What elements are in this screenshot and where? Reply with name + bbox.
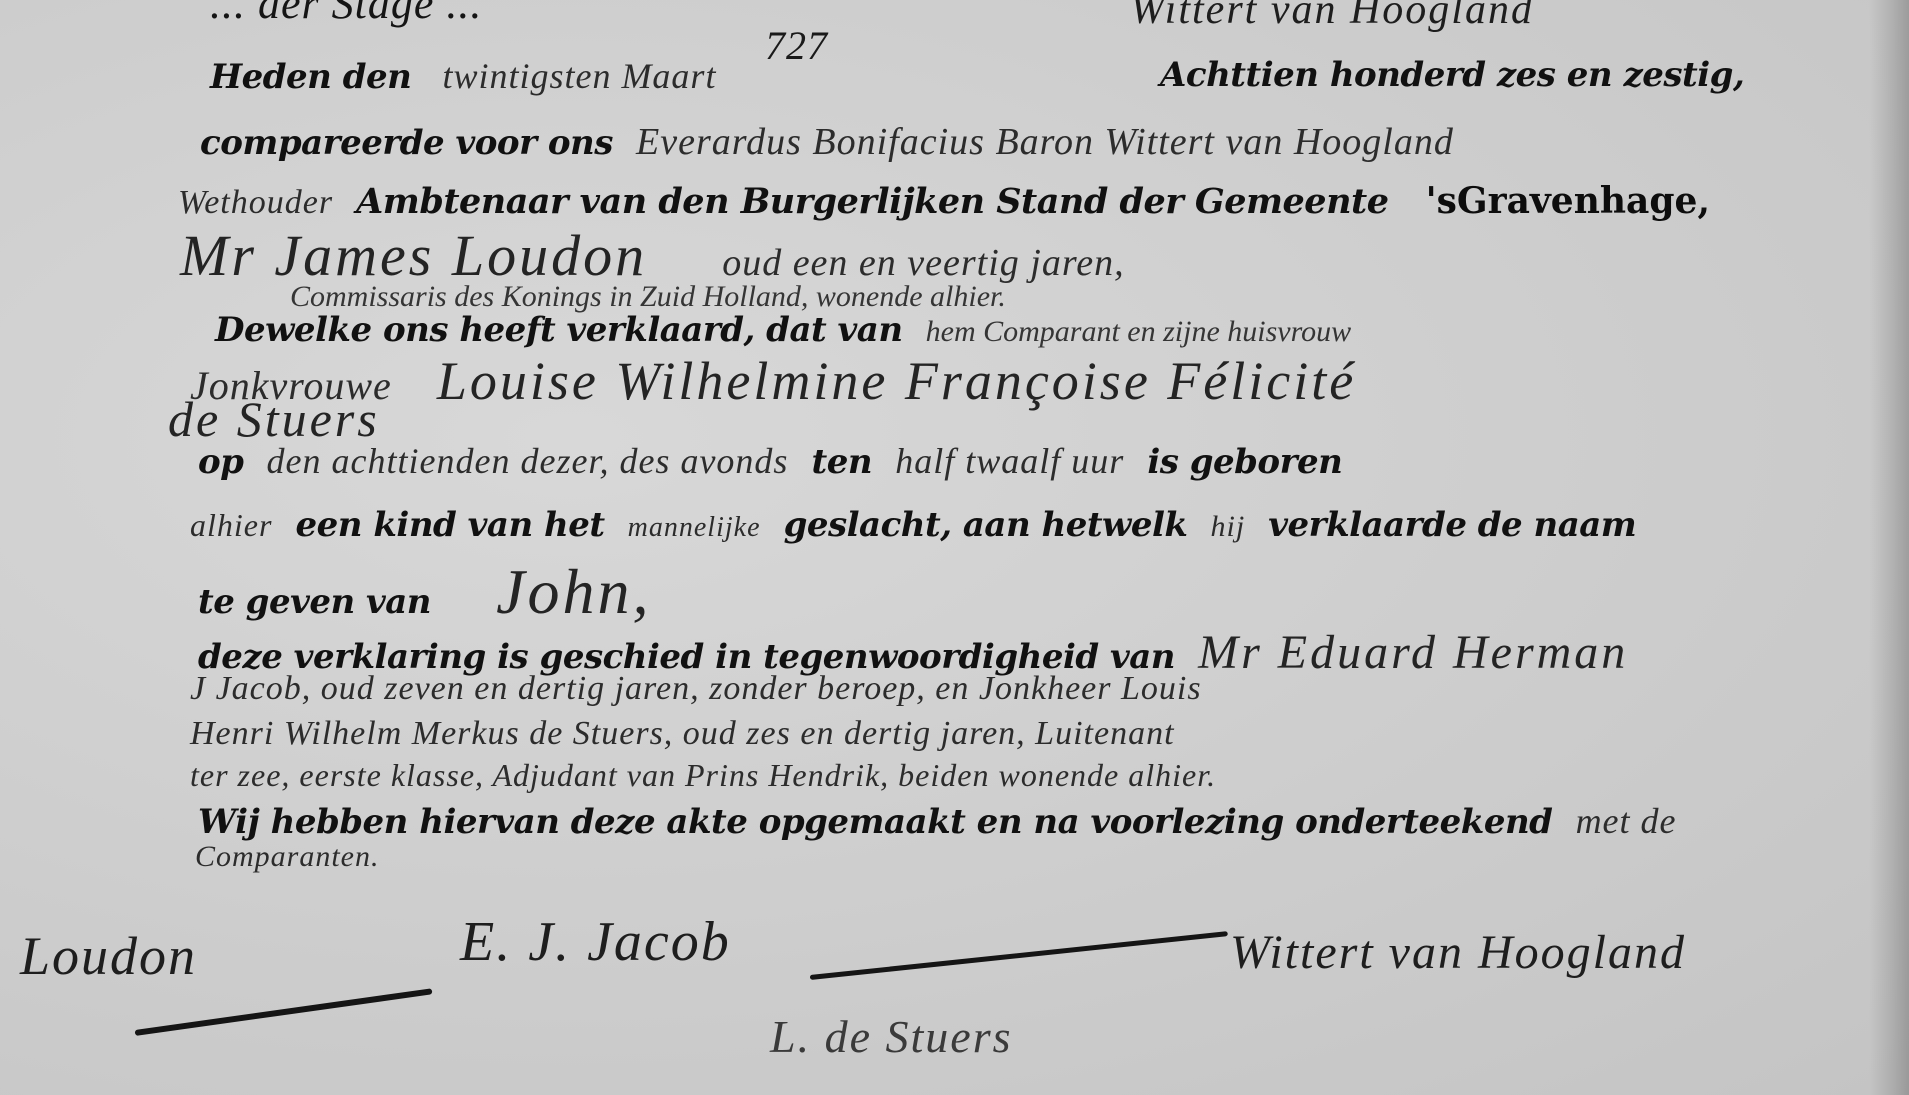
- signature-text: Wittert van Hoogland: [1130, 0, 1534, 33]
- printed-text: ten: [812, 442, 873, 482]
- line-1: Heden den twintigsten Maart: [210, 55, 734, 97]
- printed-text: op: [198, 442, 243, 482]
- handwritten-date: twintigsten Maart: [442, 55, 716, 97]
- page-edge-shadow: [1869, 0, 1909, 1095]
- handwritten-official-name: Everardus Bonifacius Baron Wittert van H…: [636, 120, 1454, 164]
- handwritten-mother-name: Louise Wilhelmine Françoise Félicité: [437, 350, 1356, 412]
- line-5: Commissaris des Konings in Zuid Holland,…: [290, 280, 1006, 314]
- signature-witness-1: E. J. Jacob: [460, 910, 731, 974]
- handwritten-child-name: John,: [496, 555, 651, 629]
- printed-text: Wij hebben hiervan deze akte opgemaakt e…: [198, 802, 1552, 842]
- handwritten-witness-2: Henri Wilhelm Merkus de Stuers, oud zes …: [190, 715, 1175, 752]
- printed-text: is geboren: [1147, 442, 1342, 482]
- printed-text: een kind van het: [296, 505, 605, 545]
- handwritten-text: Comparanten.: [195, 840, 380, 873]
- signature-flourish: [810, 931, 1228, 980]
- printed-text: geslacht, aan hetwelk: [784, 505, 1188, 545]
- municipality-name: 'sGravenhage,: [1426, 180, 1710, 222]
- handwritten-witness-2-details: ter zee, eerste klasse, Adjudant van Pri…: [190, 757, 1216, 793]
- line-17: Comparanten.: [195, 840, 380, 874]
- line-3: Wethouder Ambtenaar van den Burgerlijken…: [178, 180, 1728, 222]
- line-4: Mr James Loudon oud een en veertig jaren…: [180, 222, 1143, 289]
- handwritten-witness-1: Mr Eduard Herman: [1198, 625, 1628, 680]
- handwritten-father-name: Mr James Loudon: [180, 222, 647, 289]
- signature-witness-2: L. de Stuers: [770, 1010, 1013, 1063]
- signature-flourish: [135, 988, 433, 1036]
- printed-text: verklaarde de naam: [1268, 505, 1636, 545]
- line-16: Wij hebben hiervan deze akte opgemaakt e…: [198, 800, 1695, 842]
- line-9: op den achttienden dezer, des avonds ten…: [198, 440, 1360, 482]
- handwritten-title: Wethouder: [178, 184, 333, 222]
- previous-record-signature: Wittert van Hoogland: [1130, 0, 1534, 34]
- printed-text: Dewelke ons heeft verklaard, dat van: [215, 310, 903, 350]
- printed-text: Ambtenaar van den Burgerlijken Stand der…: [356, 181, 1388, 222]
- signature-text: Loudon: [20, 926, 197, 986]
- line-15: ter zee, eerste klasse, Adjudant van Pri…: [190, 757, 1216, 794]
- line-6: Dewelke ons heeft verklaard, dat van hem…: [215, 310, 1369, 350]
- handwritten-text: met de: [1576, 800, 1677, 842]
- signature-official: Wittert van Hoogland: [1230, 925, 1686, 980]
- line-10: alhier een kind van het mannelijke gesla…: [190, 505, 1654, 545]
- handwritten-occupation: Commissaris des Konings in Zuid Holland,…: [290, 280, 1006, 313]
- handwritten-mother-surname: de Stuers: [168, 391, 380, 447]
- handwritten-birth-date: den achttienden dezer, des avonds: [267, 440, 789, 482]
- printed-year: Achttien honderd zes en zestig,: [1160, 55, 1744, 95]
- printed-text: te geven van: [198, 582, 431, 622]
- handwritten-witness-1-details: J Jacob, oud zeven en dertig jaren, zond…: [190, 670, 1202, 707]
- signature-father: Loudon: [20, 925, 197, 987]
- fragment-text: ... der Stage ...: [210, 0, 482, 28]
- printed-text: compareerde voor ons: [200, 123, 613, 163]
- handwritten-place: alhier: [190, 507, 272, 544]
- signature-text: E. J. Jacob: [460, 911, 731, 973]
- line-1-year: Achttien honderd zes en zestig,: [1160, 55, 1744, 95]
- signature-text: L. de Stuers: [770, 1011, 1013, 1062]
- line-13: J Jacob, oud zeven en dertig jaren, zond…: [190, 670, 1202, 708]
- handwritten-birth-time: half twaalf uur: [895, 440, 1124, 482]
- line-11: te geven van John,: [198, 555, 670, 629]
- signature-text: Wittert van Hoogland: [1230, 926, 1686, 979]
- handwritten-gender: mannelijke: [628, 512, 761, 544]
- handwritten-age: oud een en veertig jaren,: [722, 241, 1124, 285]
- record-number: 727: [765, 22, 828, 69]
- line-14: Henri Wilhelm Merkus de Stuers, oud zes …: [190, 715, 1175, 753]
- record-number-text: 727: [765, 23, 828, 68]
- document-page: ... der Stage ... Wittert van Hoogland 7…: [0, 0, 1909, 1095]
- handwritten-pronoun: hij: [1211, 510, 1246, 544]
- line-2: compareerde voor ons Everardus Bonifaciu…: [200, 120, 1472, 164]
- printed-text: Heden den: [210, 57, 411, 97]
- previous-record-fragment: ... der Stage ...: [210, 0, 482, 29]
- handwritten-relation: hem Comparant en zijne huisvrouw: [926, 315, 1352, 349]
